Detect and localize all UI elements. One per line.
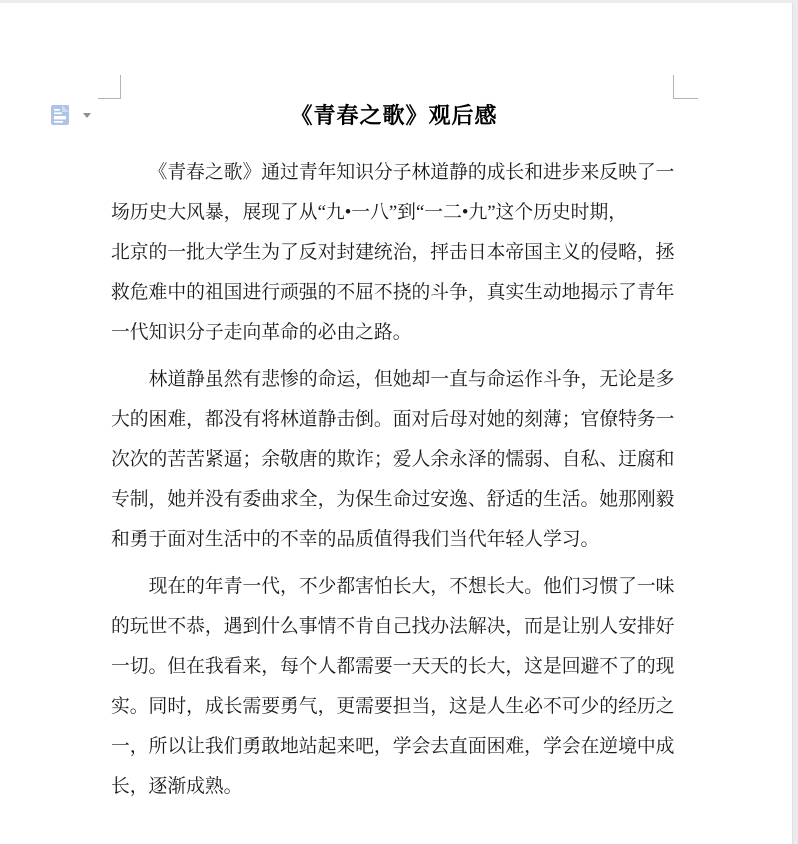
paragraph: 《青春之歌》通过青年知识分子林道静的成长和进步来反映了一场历史大风暴，展现了从“… (111, 153, 677, 353)
text-line: 的玩世不恭，遇到什么事情不肯自己找办法解决，而是让别人安排好 (111, 607, 677, 647)
text-line: 一代知识分子走向革命的必由之路。 (111, 313, 677, 353)
text-line: 一，所以让我们勇敢地站起来吧，学会去直面困难，学会在逆境中成 (111, 727, 677, 767)
paragraph: 现在的年青一代，不少都害怕长大，不想长大。他们习惯了一味的玩世不恭，遇到什么事情… (111, 567, 677, 807)
scrollbar-track[interactable] (792, 3, 798, 844)
text-line: 长，逐渐成熟。 (111, 767, 677, 807)
text-line: 一切。但在我看来，每个人都需要一天天的长大，这是回避不了的现 (111, 647, 677, 687)
text-line: 和勇于面对生活中的不幸的品质值得我们当代年轻人学习。 (111, 520, 677, 560)
text-line: 《青春之歌》通过青年知识分子林道静的成长和进步来反映了一 (111, 153, 677, 193)
chevron-down-icon (83, 113, 91, 118)
text-line: 大的困难，都没有将林道静击倒。面对后母对她的刻薄；官僚特务一 (111, 400, 677, 440)
margin-corner-mark-top-right (673, 75, 698, 99)
document-title: 《青春之歌》观后感 (111, 98, 677, 134)
text-line: 专制，她并没有委曲求全，为保生命过安逸、舒适的生活。她那刚毅 (111, 480, 677, 520)
paragraph: 林道静虽然有悲惨的命运，但她却一直与命运作斗争，无论是多大的困难，都没有将林道静… (111, 360, 677, 560)
text-line: 现在的年青一代，不少都害怕长大，不想长大。他们习惯了一味 (111, 567, 677, 607)
text-line: 北京的一批大学生为了反对封建统治，抨击日本帝国主义的侵略，拯 (111, 233, 677, 273)
paste-options-button[interactable] (50, 104, 91, 126)
margin-corner-mark-top-left (98, 75, 121, 99)
clipboard-paste-icon (50, 104, 70, 126)
window-top-border (0, 0, 798, 3)
text-line: 次次的苦苦紧逼；余敬唐的欺诈；爱人余永泽的懦弱、自私、迂腐和 (111, 440, 677, 480)
word-document-window: 《青春之歌》观后感 《青春之歌》通过青年知识分子林道静的成长和进步来反映了一场历… (0, 0, 798, 844)
text-line: 林道静虽然有悲惨的命运，但她却一直与命运作斗争，无论是多 (111, 360, 677, 400)
document-body: 《青春之歌》通过青年知识分子林道静的成长和进步来反映了一场历史大风暴，展现了从“… (111, 153, 677, 807)
text-line: 救危难中的祖国进行顽强的不屈不挠的斗争，真实生动地揭示了青年 (111, 273, 677, 313)
text-line: 实。同时，成长需要勇气，更需要担当，这是人生必不可少的经历之 (111, 687, 677, 727)
document-page: 《青春之歌》观后感 《青春之歌》通过青年知识分子林道静的成长和进步来反映了一场历… (111, 98, 677, 814)
text-line: 场历史大风暴，展现了从“九•一八”到“一二•九”这个历史时期， (111, 193, 677, 233)
